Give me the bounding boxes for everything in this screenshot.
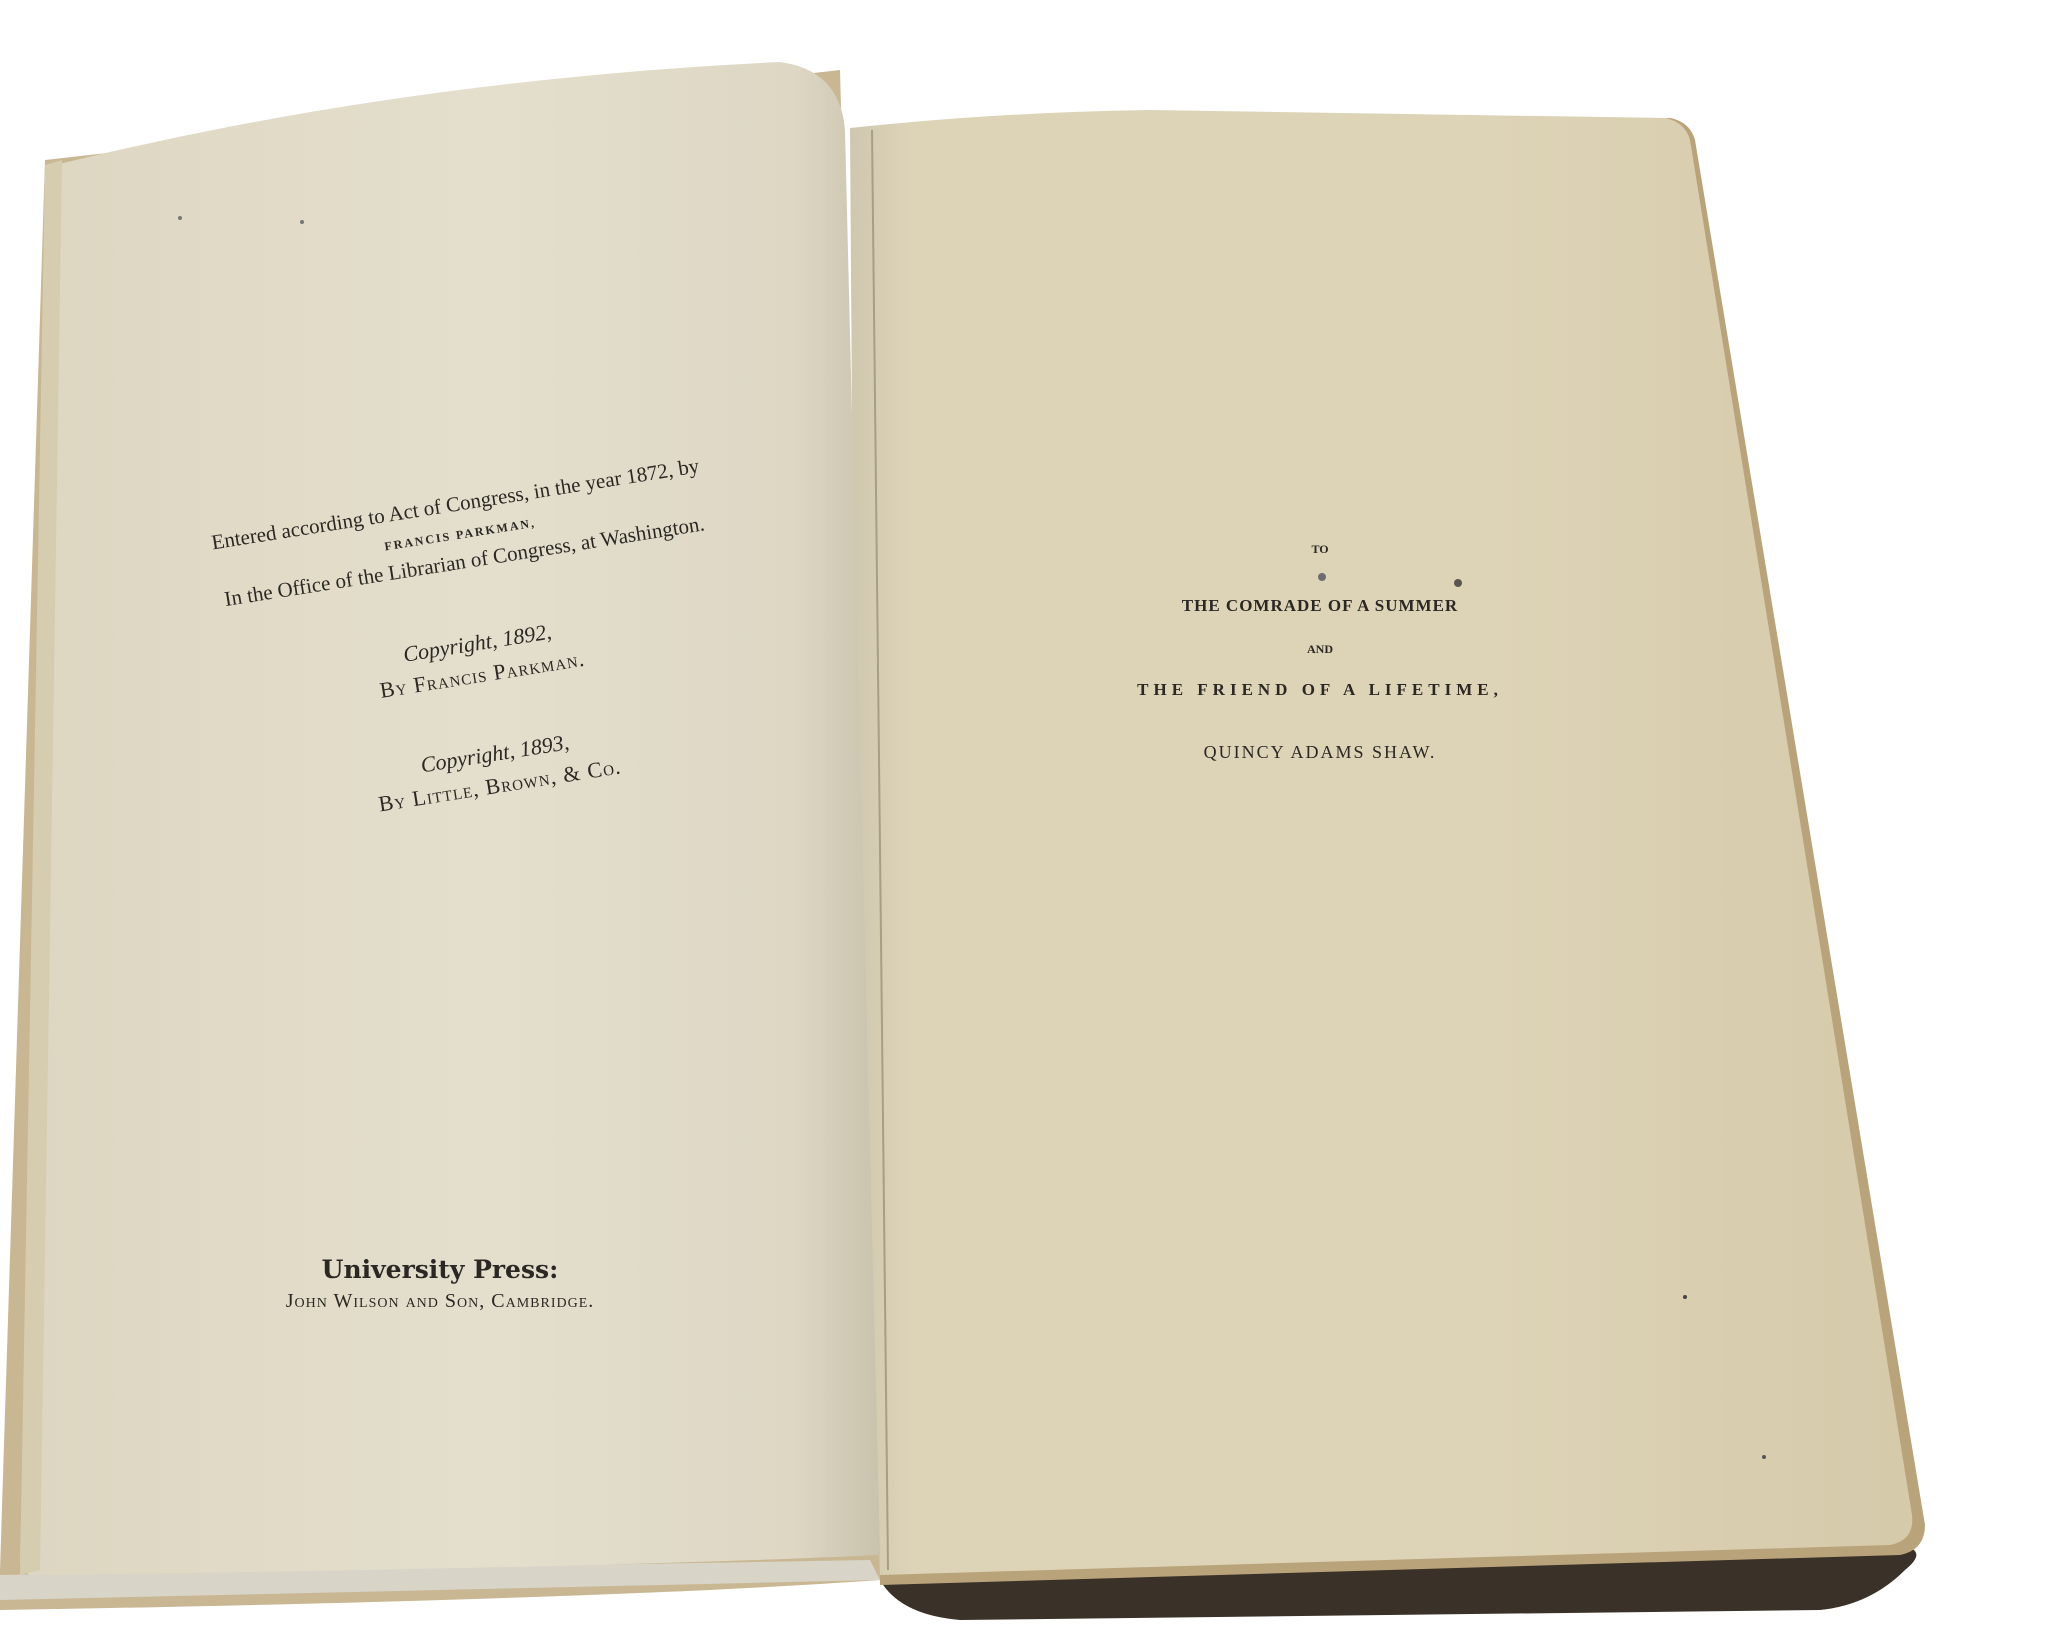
dedication-friend: THE FRIEND OF A LIFETIME, — [1040, 680, 1600, 700]
dedication-and: AND — [1040, 642, 1600, 657]
printer-name: John Wilson and Son, Cambridge. — [240, 1290, 640, 1313]
press-name: University Press: — [240, 1255, 640, 1284]
printer-imprint: University Press: John Wilson and Son, C… — [240, 1255, 640, 1313]
dedication-name: QUINCY ADAMS SHAW. — [1040, 742, 1600, 763]
ink-speck — [1318, 573, 1326, 581]
right-page — [850, 110, 1912, 1575]
dedication-comrade: THE COMRADE OF A SUMMER — [1040, 596, 1600, 616]
dedication-to: TO — [1040, 542, 1600, 557]
open-book: Entered according to Act of Congress, in… — [0, 0, 2048, 1637]
ink-speck — [1454, 579, 1462, 587]
